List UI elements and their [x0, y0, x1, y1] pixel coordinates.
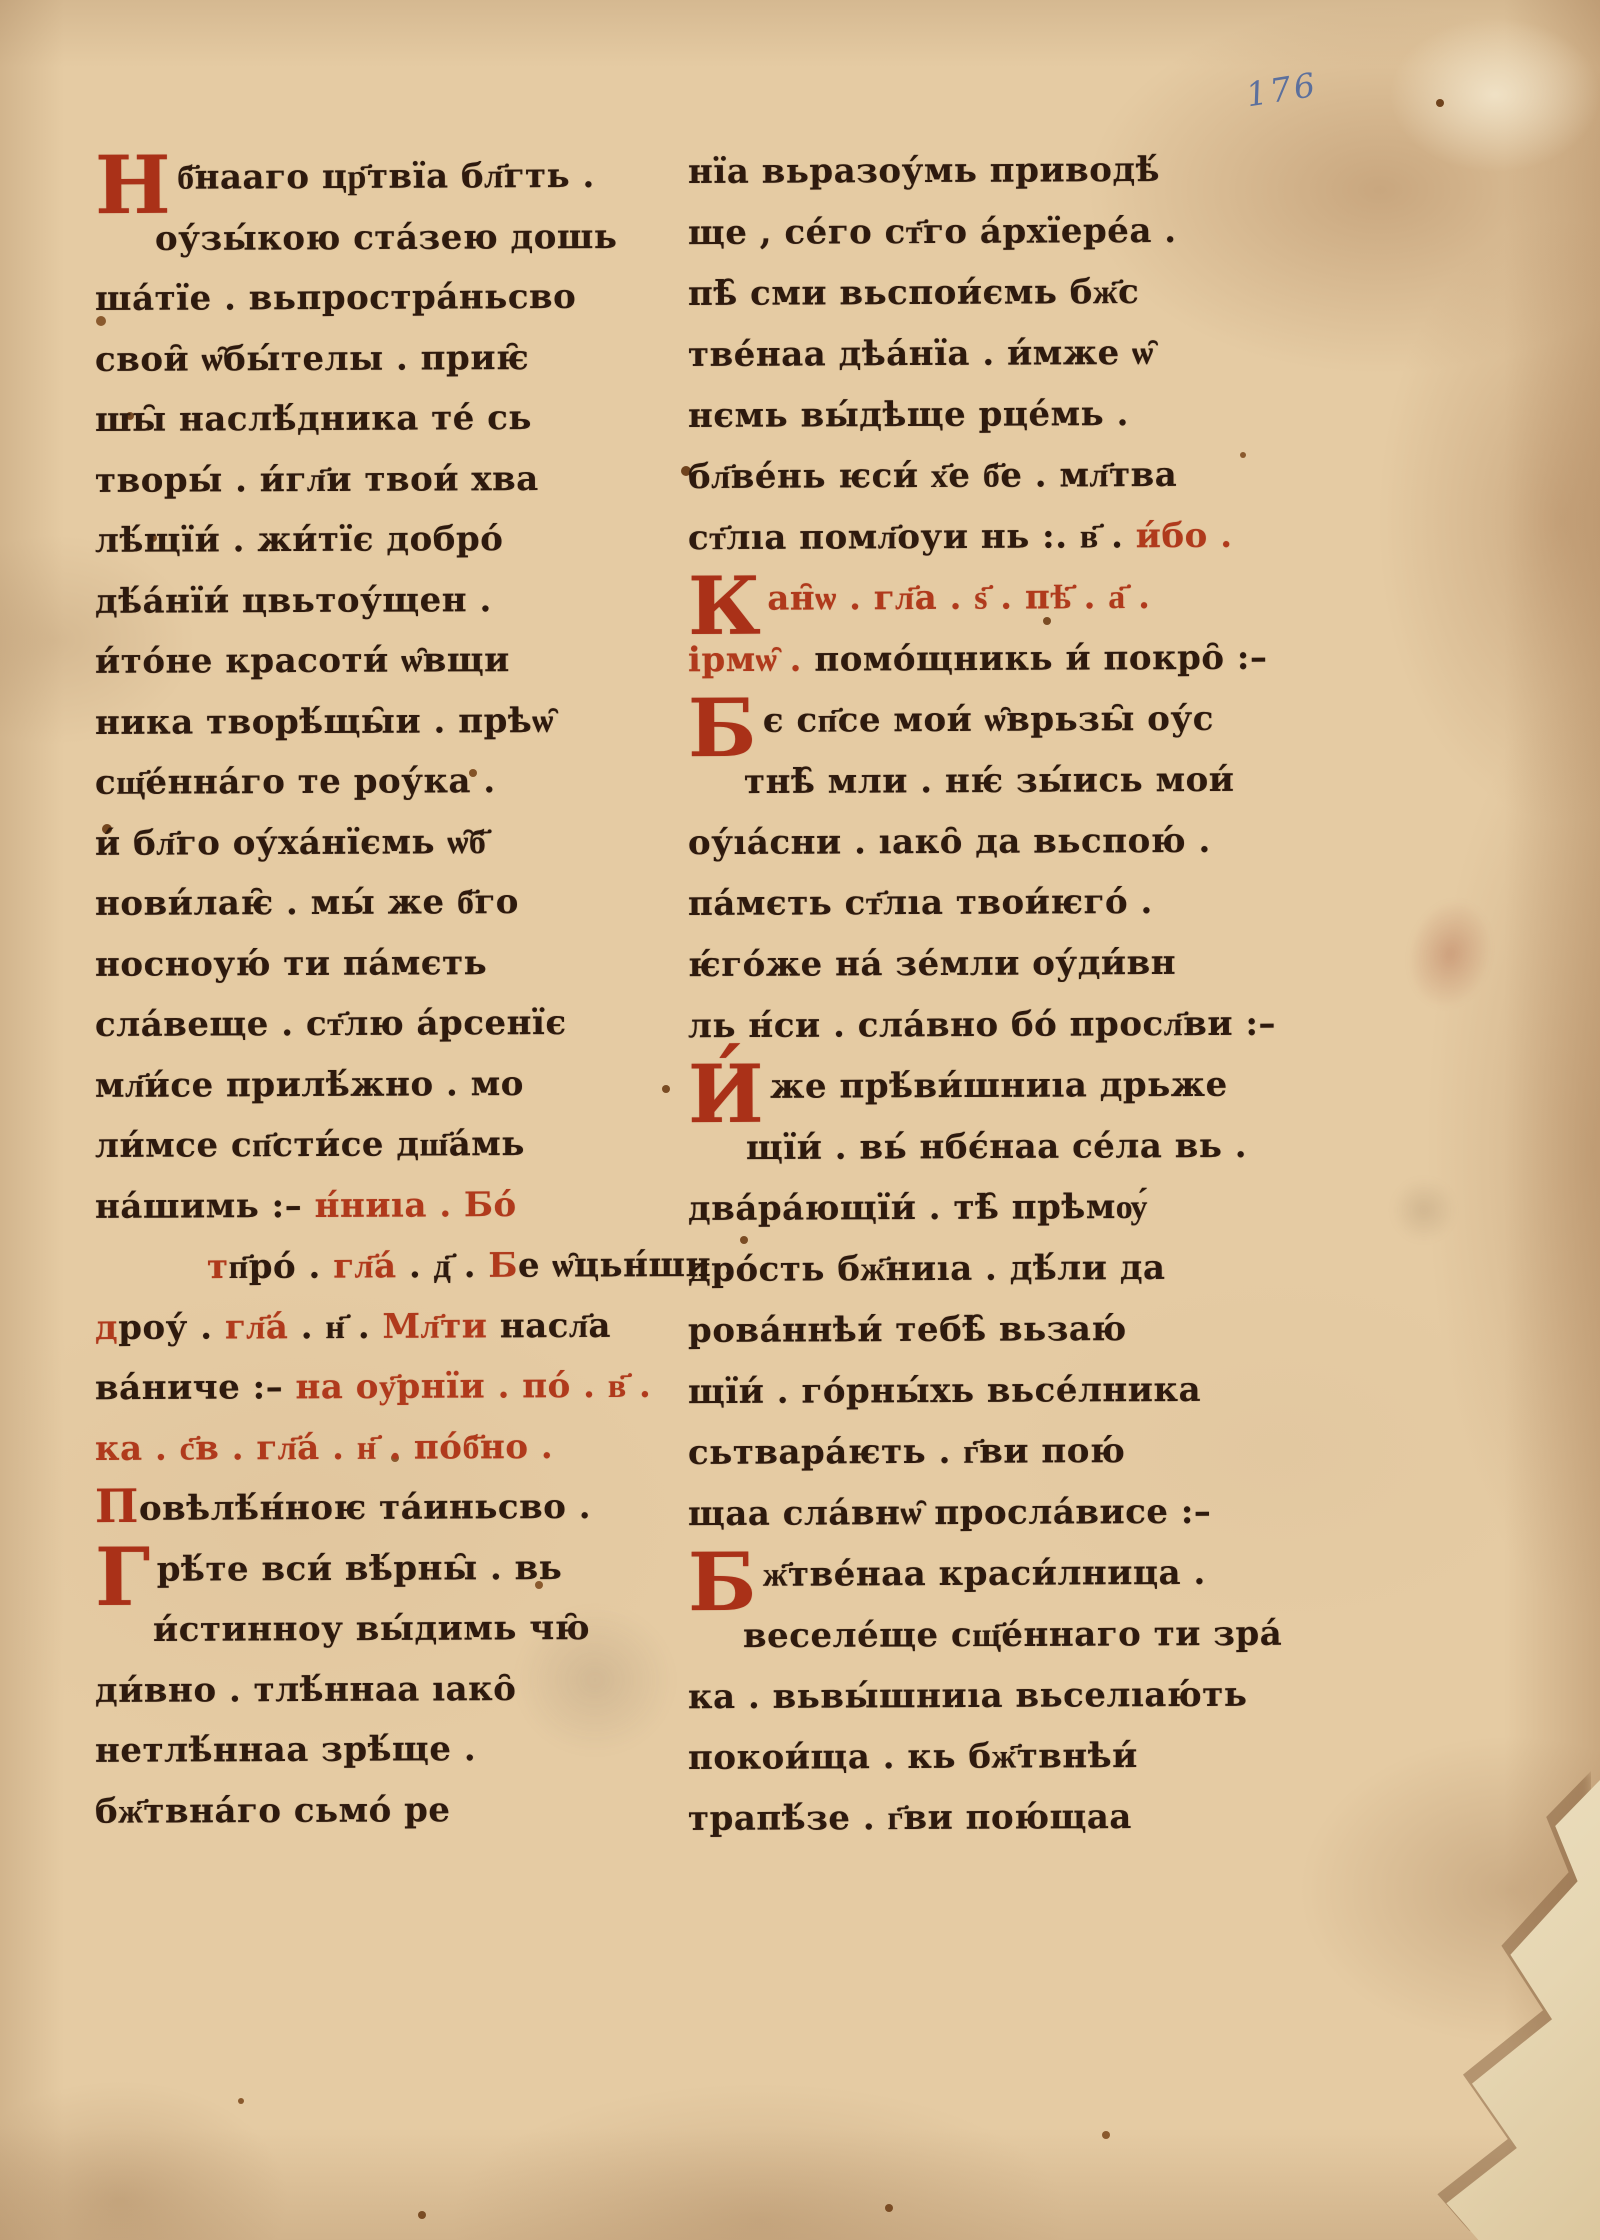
text-segment: два́ра́ющїи́ . тѣ̑ прѣмѹ́ — [688, 1187, 1148, 1229]
text-segment: ль н́си . сла́вно бо́ просл҃ви :– — [688, 1004, 1276, 1047]
text-segment: ще , се́го ст҃го а́рхїере́а . — [688, 211, 1177, 253]
text-line: щаа сла́внѡ̑ просла́висе :– — [688, 1483, 1212, 1543]
text-segment: тве́наа дѣа́нїа . и́мже ѡ̑ — [688, 333, 1154, 375]
text-line: ѥ́го́же на́ зе́мли оу́ди́вн — [688, 934, 1176, 994]
text-line: ще , се́го ст҃го а́рхїере́а . — [688, 202, 1177, 262]
text-segment: є сп҃се мои́ ѡ̑врьзы̑ оу́с — [763, 699, 1214, 741]
text-line: покои́ща . кь бж҃твнѣи́ — [688, 1727, 1138, 1787]
text-line: ірмѡ̑ . помо́щникь и́ покро̑ :– — [688, 629, 1268, 690]
text-segment: ж҃тве́наа краси́лница . — [763, 1553, 1206, 1595]
text-segment: щаа сла́внѡ̑ просла́висе :– — [688, 1492, 1212, 1534]
text-line: бл҃ве́нь ѥси́ х҃е б҃е . мл҃тва — [688, 446, 1178, 506]
text-line: Кан̑ѡ . гл҃а . ѕ҃ . пѣ҃ . а҃ . — [688, 568, 1151, 628]
text-segment: ст҃лıа помл҃оуи нь :. в҃ . — [688, 516, 1136, 558]
text-line: веселе́ще сщ҃е́ннаго ти зра́ — [743, 1605, 1283, 1665]
text-segment: щїи́ . го́рны́хь вьсе́лника — [688, 1370, 1201, 1412]
text-segment: нємь вы́дѣще рце́мь . — [688, 394, 1129, 436]
text-line: два́ра́ющїи́ . тѣ̑ прѣмѹ́ — [688, 1178, 1148, 1238]
text-line: оу́ıа́сни . ıако̑ да вьспою́ . — [688, 812, 1211, 872]
text-line: Бє сп҃се мои́ ѡ̑врьзы̑ оу́с — [688, 690, 1214, 750]
text-segment: пѣ̑ сми вьспои́ємь бж҃с — [688, 272, 1139, 314]
text-segment: ірмѡ̑ . — [688, 640, 814, 681]
text-segment: веселе́ще сщ҃е́ннаго ти зра́ — [743, 1614, 1282, 1656]
text-line: Бж҃тве́наа краси́лница . — [688, 1544, 1206, 1604]
text-line: И́же прѣ́ви́шниıа дрьже — [688, 1056, 1228, 1116]
text-line: дро́сть бж҃ниıа . дѣ́ли да — [688, 1239, 1166, 1299]
text-line: пѣ̑ сми вьспои́ємь бж҃с — [688, 263, 1140, 323]
text-segment: дро́сть бж҃ниıа . дѣ́ли да — [688, 1248, 1166, 1290]
text-segment: щїи́ . вь́ нбє́наа се́ла вь . — [746, 1126, 1247, 1168]
text-line: щїи́ . го́рны́хь вьсе́лника — [688, 1361, 1201, 1421]
text-line: ст҃лıа помл҃оуи нь :. в҃ . и́бо . — [688, 507, 1233, 567]
manuscript-page: 176 Нб҃нааго цр҃твїа бл҃гть .оу́зы́кою с… — [0, 0, 1600, 2240]
text-segment: покои́ща . кь бж҃твнѣи́ — [688, 1736, 1138, 1778]
text-line: трапѣ́зе . г҃ви пою́щаа — [688, 1788, 1132, 1848]
text-line: ка . вьвы́шниıа вьселıаю́ть — [688, 1666, 1248, 1726]
text-line: сьтвара́ѥть . г҃ви пою́ — [688, 1422, 1126, 1482]
text-segment: ѥ́го́же на́ зе́мли оу́ди́вн — [688, 943, 1176, 985]
text-segment: ка . вьвы́шниıа вьселıаю́ть — [688, 1675, 1248, 1717]
text-line: тнѣ̑ мли . нѥ́ зы́ись мои́ — [744, 751, 1235, 811]
text-segment: оу́ıа́сни . ıако̑ да вьспою́ . — [688, 821, 1211, 863]
text-segment: и́бо . — [1136, 516, 1233, 556]
text-segment: бл҃ве́нь ѥси́ х҃е б҃е . мл҃тва — [688, 455, 1177, 497]
text-line: тве́наа дѣа́нїа . и́мже ѡ̑ — [688, 324, 1154, 384]
text-line: рова́ннѣи́ тебѣ̑ вьзаю́ — [688, 1300, 1127, 1360]
text-segment: нїа вьразоу́мь приводѣ́ — [688, 150, 1160, 192]
text-segment: тнѣ̑ мли . нѥ́ зы́ись мои́ — [744, 760, 1235, 802]
text-segment: трапѣ́зе . г҃ви пою́щаа — [688, 1797, 1132, 1839]
right-column: нїа вьразоу́мь приводѣ́ще , се́го ст҃го … — [0, 0, 1600, 2240]
text-segment: же прѣ́ви́шниıа дрьже — [770, 1065, 1228, 1107]
text-line: нїа вьразоу́мь приводѣ́ — [688, 141, 1160, 201]
text-line: ль н́си . сла́вно бо́ просл҃ви :– — [688, 995, 1276, 1056]
text-line: па́мєть ст҃лıа твои́ѥго́ . — [688, 873, 1153, 933]
text-line: нємь вы́дѣще рце́мь . — [688, 385, 1129, 445]
text-segment: па́мєть ст҃лıа твои́ѥго́ . — [688, 882, 1153, 924]
text-segment: помо́щникь и́ покро̑ :– — [814, 638, 1267, 680]
text-segment: сьтвара́ѥть . г҃ви пою́ — [688, 1431, 1125, 1473]
text-segment: ан̑ѡ . гл҃а . ѕ҃ . пѣ҃ . а҃ . — [767, 577, 1150, 619]
text-segment: рова́ннѣи́ тебѣ̑ вьзаю́ — [688, 1309, 1127, 1351]
text-line: щїи́ . вь́ нбє́наа се́ла вь . — [746, 1117, 1247, 1177]
